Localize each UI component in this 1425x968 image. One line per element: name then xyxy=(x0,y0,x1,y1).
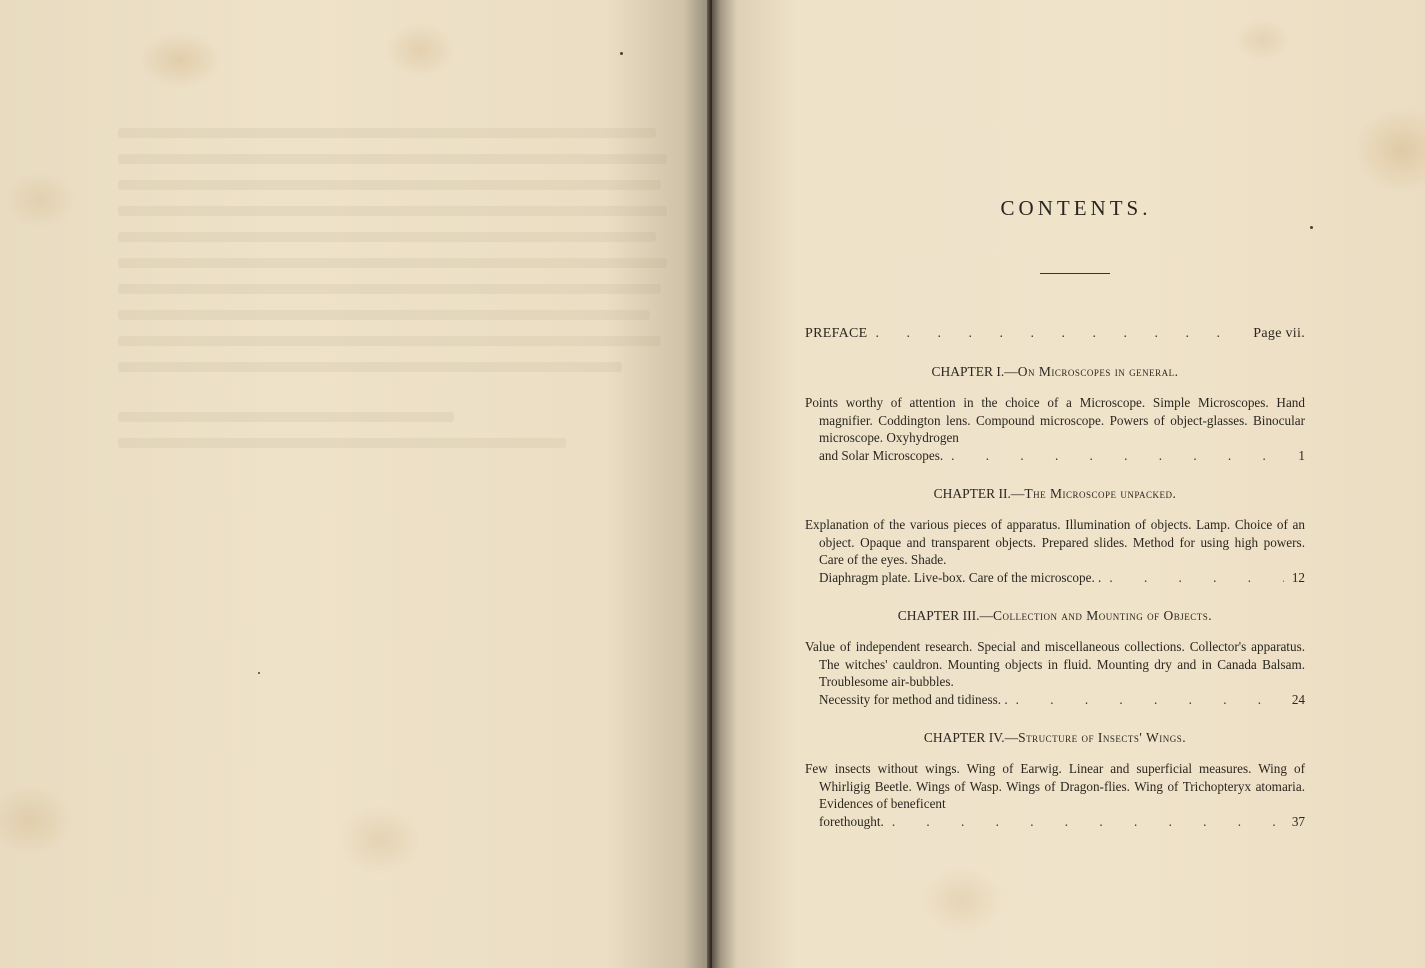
chapter-last-text: Diaphragm plate. Live-box. Care of the m… xyxy=(819,569,1101,587)
dot-leader xyxy=(951,447,1290,465)
chapter-heading: CHAPTER IV.—Structure of Insects' Wings. xyxy=(805,730,1305,746)
chapter-heading: CHAPTER III.—Collection and Mounting of … xyxy=(805,608,1305,624)
paper-speck xyxy=(620,52,623,55)
chapter-entry[interactable]: CHAPTER I.—On Microscopes in general. Po… xyxy=(805,364,1305,464)
chapter-heading: CHAPTER I.—On Microscopes in general. xyxy=(805,364,1305,380)
chapter-entry[interactable]: CHAPTER IV.—Structure of Insects' Wings.… xyxy=(805,730,1305,830)
chapter-page: 12 xyxy=(1292,569,1305,587)
left-page xyxy=(0,0,712,968)
chapter-title: Structure of Insects' Wings. xyxy=(1018,730,1186,745)
title-rule xyxy=(1040,273,1110,274)
chapter-title: On Microscopes in general. xyxy=(1018,364,1179,379)
chapter-number: CHAPTER I.— xyxy=(931,364,1017,379)
chapter-number: CHAPTER II.— xyxy=(934,486,1025,501)
preface-page: Page vii. xyxy=(1253,326,1305,342)
chapter-last-line: forethought. 37 xyxy=(805,813,1305,831)
chapter-last-line: Necessity for method and tidiness. . 24 xyxy=(805,691,1305,709)
dot-leader xyxy=(1109,569,1283,587)
chapter-last-text: Necessity for method and tidiness. . xyxy=(819,691,1008,709)
chapter-heading: CHAPTER II.—The Microscope unpacked. xyxy=(805,486,1305,502)
chapter-last-line: and Solar Microscopes. 1 xyxy=(805,447,1305,465)
chapter-number: CHAPTER IV.— xyxy=(924,730,1018,745)
dot-leader xyxy=(1016,691,1284,709)
paper-speck xyxy=(1310,226,1313,229)
chapter-last-text: and Solar Microscopes. xyxy=(819,447,943,465)
chapter-page: 24 xyxy=(1292,691,1305,709)
chapter-title: The Microscope unpacked. xyxy=(1024,486,1176,501)
dot-leader xyxy=(892,813,1284,831)
chapter-last-text: forethought. xyxy=(819,813,884,831)
chapter-description: Few insects without wings. Wing of Earwi… xyxy=(805,760,1305,813)
chapter-entry[interactable]: CHAPTER II.—The Microscope unpacked. Exp… xyxy=(805,486,1305,586)
chapter-description: Explanation of the various pieces of app… xyxy=(805,516,1305,569)
preface-entry[interactable]: PREFACE Page vii. xyxy=(805,326,1305,342)
show-through-text xyxy=(118,128,678,464)
chapter-page: 37 xyxy=(1292,813,1305,831)
chapter-last-line: Diaphragm plate. Live-box. Care of the m… xyxy=(805,569,1305,587)
chapter-number: CHAPTER III.— xyxy=(898,608,993,623)
book-spread: CONTENTS. PREFACE Page vii. CHAPTER I.—O… xyxy=(0,0,1425,968)
contents-title: CONTENTS. xyxy=(805,196,1305,221)
chapter-entry[interactable]: CHAPTER III.—Collection and Mounting of … xyxy=(805,608,1305,708)
chapter-description: Value of independent research. Special a… xyxy=(805,638,1305,691)
preface-label: PREFACE xyxy=(805,326,868,342)
chapter-description: Points worthy of attention in the choice… xyxy=(805,394,1305,447)
table-of-contents: CONTENTS. PREFACE Page vii. CHAPTER I.—O… xyxy=(805,196,1305,830)
paper-speck xyxy=(258,672,260,674)
chapter-page: 1 xyxy=(1298,447,1305,465)
chapter-title: Collection and Mounting of Objects. xyxy=(993,608,1212,623)
dot-leader xyxy=(876,326,1246,342)
